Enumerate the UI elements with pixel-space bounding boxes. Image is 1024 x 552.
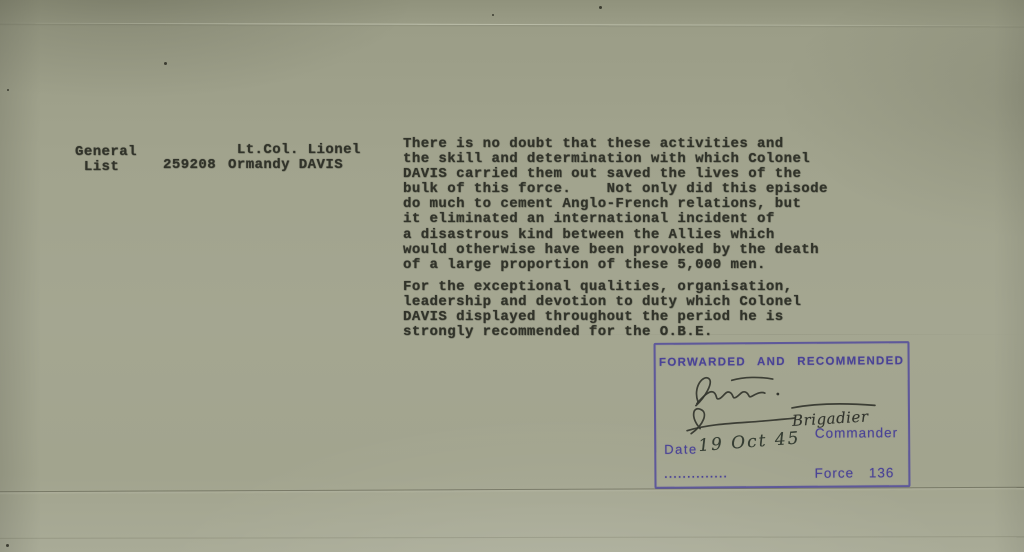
paper-speck	[7, 89, 9, 91]
paper-crease-lower	[0, 536, 1024, 539]
service-number: 259208	[163, 158, 216, 173]
stamp-date-label: Date	[664, 442, 698, 457]
paper-speck	[6, 544, 9, 547]
paper-speck	[492, 14, 494, 16]
citation-paragraph-2: For the exceptional qualities, organisat…	[403, 280, 801, 340]
stamp-heading: FORWARDED AND RECOMMENDED	[656, 355, 908, 369]
stamp-commander-label: Commander	[815, 425, 898, 441]
paper-fold-crease	[0, 487, 1024, 493]
paper-speck	[599, 6, 602, 9]
stamp-dotted-line: ..............	[664, 468, 728, 480]
scanned-document-page: General List 259208 Lt.Col. Lionel Orman…	[0, 0, 1024, 552]
citation-paragraph-1: There is no doubt that these activities …	[403, 137, 828, 273]
paper-speck	[164, 62, 167, 65]
stamp-force-label: Force 136	[815, 465, 895, 481]
service-list-label: General List	[75, 145, 137, 175]
officer-name: Lt.Col. Lionel Ormandy DAVIS	[228, 143, 361, 173]
forwarded-recommended-stamp: FORWARDED AND RECOMMENDED Brigadier Comm…	[653, 341, 910, 489]
paper-crease-top	[0, 23, 1024, 27]
